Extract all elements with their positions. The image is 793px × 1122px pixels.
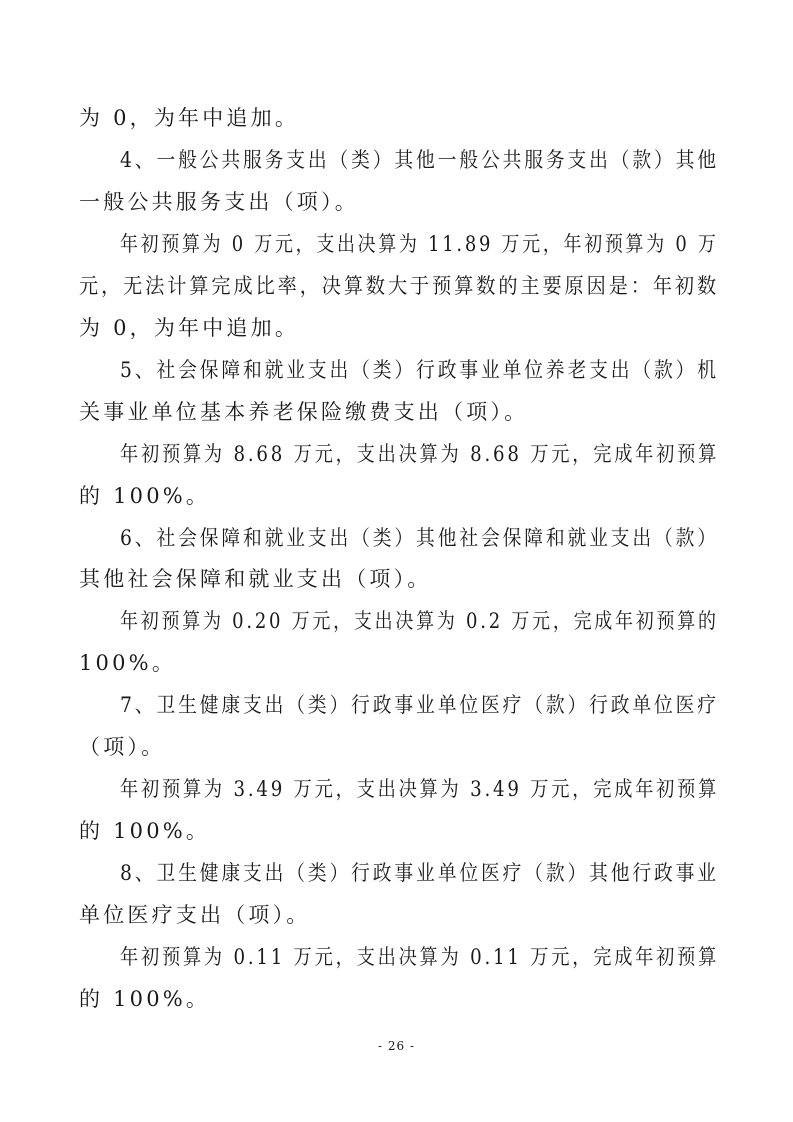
item-detail-4-cont: 元，无法计算完成比率，决算数大于预算数的主要原因是：年初数 xyxy=(79,272,663,300)
item-heading-6-cont: 其他社会保障和就业支出（项）。 xyxy=(79,565,719,593)
item-heading-5: 5、社会保障和就业支出（类）行政事业单位养老支出（款）机 xyxy=(120,356,692,384)
item-detail-6-cont: 100%。 xyxy=(79,649,719,677)
item-detail-5-cont: 的 100%。 xyxy=(79,482,719,510)
item-heading-8-cont: 单位医疗支出（项）。 xyxy=(79,901,719,929)
item-heading-6: 6、社会保障和就业支出（类）其他社会保障和就业支出（款） xyxy=(120,524,692,552)
item-heading-7-cont: （项）。 xyxy=(79,733,719,761)
item-heading-7: 7、卫生健康支出（类）行政事业单位医疗（款）行政单位医疗 xyxy=(120,691,692,719)
item-detail-6: 年初预算为 0.20 万元，支出决算为 0.2 万元，完成年初预算的 xyxy=(120,607,668,635)
item-detail-4-cont: 为 0，为年中追加。 xyxy=(79,314,719,342)
item-detail-8: 年初预算为 0.11 万元，支出决算为 0.11 万元，完成年初预算 xyxy=(120,943,675,971)
paragraph-line: 为 0，为年中追加。 xyxy=(79,104,719,132)
item-heading-4: 4、一般公共服务支出（类）其他一般公共服务支出（款）其他 xyxy=(120,146,692,174)
item-detail-4: 年初预算为 0 万元，支出决算为 11.89 万元，年初预算为 0 万 xyxy=(120,230,667,258)
item-heading-4-cont: 一般公共服务支出（项）。 xyxy=(79,188,719,216)
page-number: - 26 - xyxy=(0,1038,793,1054)
item-heading-5-cont: 关事业单位基本养老保险缴费支出（项）。 xyxy=(79,398,719,426)
item-detail-5: 年初预算为 8.68 万元，支出决算为 8.68 万元，完成年初预算 xyxy=(120,440,675,468)
item-heading-8: 8、卫生健康支出（类）行政事业单位医疗（款）其他行政事业 xyxy=(120,859,692,887)
item-detail-7-cont: 的 100%。 xyxy=(79,817,719,845)
document-page: 为 0，为年中追加。 4、一般公共服务支出（类）其他一般公共服务支出（款）其他 … xyxy=(0,0,793,1122)
item-detail-7: 年初预算为 3.49 万元，支出决算为 3.49 万元，完成年初预算 xyxy=(120,775,675,803)
item-detail-8-cont: 的 100%。 xyxy=(79,985,719,1013)
